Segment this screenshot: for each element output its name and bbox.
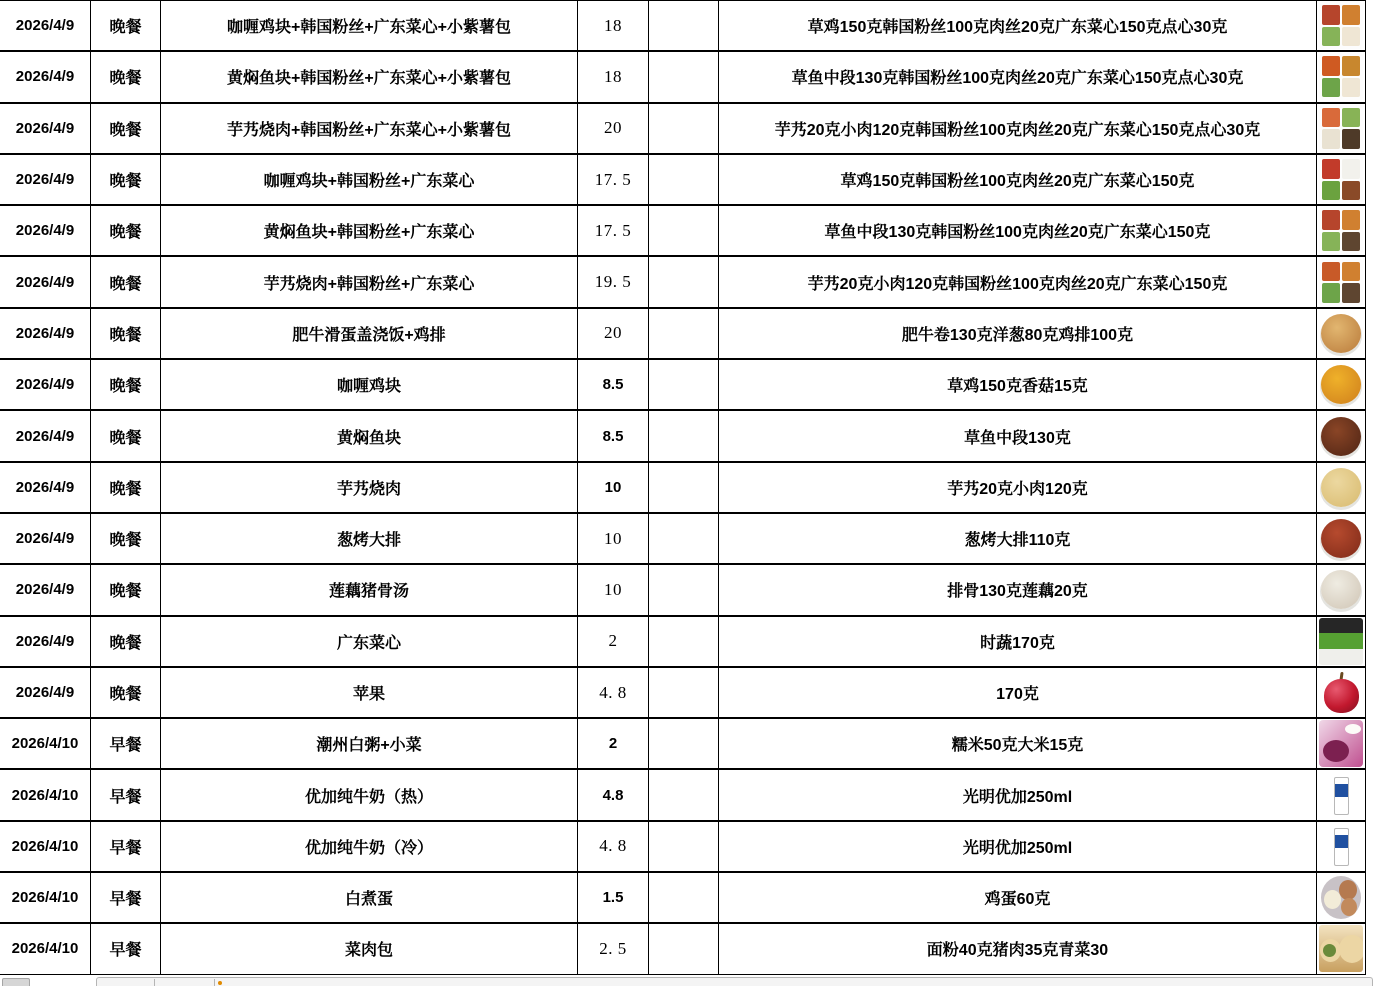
meal-text: 晚餐 (109, 168, 141, 191)
date-cell[interactable]: 2026/4/9 (0, 411, 91, 460)
menu-table: 2026/4/9 晚餐 咖喱鸡块+韩国粉丝+广东菜心+小紫薯包 18 草鸡150… (0, 0, 1366, 976)
description-text: 葱烤大排110克 (965, 527, 1071, 550)
photo-cell[interactable] (1317, 719, 1366, 768)
table-row: 2026/4/9 晚餐 苹果 4. 8 170克 (0, 668, 1366, 719)
photo-cell[interactable] (1317, 463, 1366, 512)
dish-text: 黄焖鱼块 (337, 425, 401, 448)
meal-text: 晚餐 (109, 14, 141, 37)
braised-fish-photo[interactable] (1319, 413, 1363, 460)
meal-cell[interactable]: 早餐 (91, 770, 161, 819)
description-cell[interactable]: 草鱼中段130克韩国粉丝100克肉丝20克广东菜心150克 (719, 206, 1317, 255)
photo-part (1342, 108, 1360, 128)
date-cell[interactable]: 2026/4/10 (0, 719, 91, 768)
price-text: 4. 8 (599, 836, 627, 856)
milk-carton-photo[interactable] (1319, 772, 1363, 819)
date-cell[interactable]: 2026/4/10 (0, 924, 91, 973)
description-cell[interactable]: 面粉40克猪肉35克青菜30 (719, 924, 1317, 973)
description-cell[interactable]: 芋艿20克小肉120克韩国粉丝100克肉丝20克广东菜心150克 (719, 257, 1317, 306)
meal-text: 晚餐 (109, 476, 141, 499)
description-text: 草鸡150克韩国粉丝100克肉丝20克广东菜心150克点心30克 (808, 14, 1228, 37)
price-text: 17. 5 (595, 170, 632, 190)
description-text: 草鱼中段130克韩国粉丝100克肉丝20克广东菜心150克点心30克 (792, 65, 1244, 88)
date-cell[interactable]: 2026/4/9 (0, 514, 91, 563)
dish-text: 广东菜心 (337, 630, 401, 653)
meal-cell[interactable]: 晚餐 (91, 565, 161, 614)
photo-cell[interactable] (1317, 309, 1366, 358)
photo-part (1342, 27, 1360, 47)
date-cell[interactable]: 2026/4/9 (0, 360, 91, 409)
red-tray-meal-photo[interactable] (1319, 156, 1363, 203)
photo-cell[interactable] (1317, 873, 1366, 922)
price-text: 20 (604, 323, 622, 343)
price-text: 10 (604, 580, 622, 600)
price-cell[interactable]: 20 (578, 309, 649, 358)
meal-text: 早餐 (109, 835, 141, 858)
dish-text: 黄焖鱼块+韩国粉丝+广东菜心+小紫薯包 (227, 65, 511, 88)
date-text: 2026/4/9 (16, 68, 74, 85)
photo-cell[interactable] (1317, 52, 1366, 101)
date-cell[interactable]: 2026/4/9 (0, 52, 91, 101)
photo-part (1321, 468, 1361, 507)
photo-cell[interactable] (1317, 514, 1366, 563)
table-row: 2026/4/9 晚餐 莲藕猪骨汤 10 排骨130克莲藕20克 (0, 565, 1366, 616)
date-cell[interactable]: 2026/4/10 (0, 822, 91, 871)
sheet-nav-button[interactable] (2, 978, 30, 986)
date-text: 2026/4/9 (16, 479, 74, 496)
photo-part (1322, 283, 1340, 303)
porridge-photo[interactable] (1319, 720, 1363, 767)
table-row: 2026/4/9 晚餐 黄焖鱼块+韩国粉丝+广东菜心+小紫薯包 18 草鱼中段1… (0, 52, 1366, 103)
price-cell[interactable]: 8.5 (578, 360, 649, 409)
price-cell[interactable]: 10 (578, 514, 649, 563)
photo-cell[interactable] (1317, 822, 1366, 871)
dish-text: 优加纯牛奶（冷） (305, 835, 433, 858)
photo-part (1321, 365, 1361, 404)
photo-part (1322, 210, 1340, 230)
meal-cell[interactable]: 早餐 (91, 924, 161, 973)
meal-text: 晚餐 (109, 425, 141, 448)
description-cell[interactable]: 草鸡150克香菇15克 (719, 360, 1317, 409)
description-cell[interactable]: 草鱼中段130克 (719, 411, 1317, 460)
bento-meal-photo[interactable] (1319, 53, 1363, 100)
spreadsheet-view: 2026/4/9 晚餐 咖喱鸡块+韩国粉丝+广东菜心+小紫薯包 18 草鸡150… (0, 0, 1373, 986)
bento-meal-photo[interactable] (1319, 207, 1363, 254)
empty-cell[interactable] (649, 617, 719, 666)
description-cell[interactable]: 草鱼中段130克韩国粉丝100克肉丝20克广东菜心150克点心30克 (719, 52, 1317, 101)
meal-text: 早餐 (109, 937, 141, 960)
date-cell[interactable]: 2026/4/9 (0, 565, 91, 614)
photo-part (1322, 108, 1340, 128)
photo-part (1334, 828, 1349, 866)
price-text: 18 (604, 16, 622, 36)
photo-part (1342, 181, 1360, 201)
pork-chop-photo[interactable] (1319, 515, 1363, 562)
price-text: 2 (609, 631, 618, 651)
photo-cell[interactable] (1317, 104, 1366, 153)
date-text: 2026/4/9 (16, 428, 74, 445)
meal-text: 晚餐 (109, 65, 141, 88)
date-text: 2026/4/9 (16, 684, 74, 701)
date-text: 2026/4/9 (16, 222, 74, 239)
description-cell[interactable]: 鸡蛋60克 (719, 873, 1317, 922)
meal-cell[interactable]: 晚餐 (91, 668, 161, 717)
empty-cell[interactable] (649, 873, 719, 922)
dish-cell[interactable]: 咖喱鸡块+韩国粉丝+广东菜心+小紫薯包 (161, 1, 578, 50)
meal-cell[interactable]: 晚餐 (91, 309, 161, 358)
date-cell[interactable]: 2026/4/9 (0, 104, 91, 153)
date-cell[interactable]: 2026/4/10 (0, 873, 91, 922)
photo-cell[interactable] (1317, 668, 1366, 717)
empty-cell[interactable] (649, 155, 719, 204)
meal-cell[interactable]: 晚餐 (91, 257, 161, 306)
photo-part (1322, 159, 1340, 179)
date-cell[interactable]: 2026/4/9 (0, 309, 91, 358)
photo-part (1321, 519, 1361, 558)
dish-text: 芋艿烧肉+韩国粉丝+广东菜心 (264, 271, 475, 294)
dish-cell[interactable]: 潮州白粥+小菜 (161, 719, 578, 768)
empty-cell[interactable] (649, 360, 719, 409)
dish-text: 咖喱鸡块+韩国粉丝+广东菜心 (264, 168, 475, 191)
table-row: 2026/4/10 早餐 菜肉包 2. 5 面粉40克猪肉35克青菜30 (0, 924, 1366, 975)
date-text: 2026/4/9 (16, 325, 74, 342)
dish-cell[interactable]: 葱烤大排 (161, 514, 578, 563)
photo-cell[interactable] (1317, 257, 1366, 306)
meal-text: 晚餐 (109, 117, 141, 140)
photo-part (1342, 210, 1360, 230)
photo-part (1322, 56, 1340, 76)
photo-part (1339, 935, 1363, 963)
empty-cell[interactable] (649, 565, 719, 614)
dish-cell[interactable]: 芋艿烧肉+韩国粉丝+广东菜心+小紫薯包 (161, 104, 578, 153)
description-cell[interactable]: 糯米50克大米15克 (719, 719, 1317, 768)
photo-part (1322, 129, 1340, 149)
price-cell[interactable]: 17. 5 (578, 206, 649, 255)
empty-cell[interactable] (649, 52, 719, 101)
table-row: 2026/4/9 晚餐 黄焖鱼块 8.5 草鱼中段130克 (0, 411, 1366, 462)
table-row: 2026/4/9 晚餐 葱烤大排 10 葱烤大排110克 (0, 514, 1366, 565)
dish-cell[interactable]: 菜肉包 (161, 924, 578, 973)
meal-text: 早餐 (109, 886, 141, 909)
lotus-soup-photo[interactable] (1319, 566, 1363, 613)
photo-part (1321, 314, 1361, 353)
photo-part (1342, 78, 1360, 98)
photo-cell[interactable] (1317, 617, 1366, 666)
table-row: 2026/4/9 晚餐 黄焖鱼块+韩国粉丝+广东菜心 17. 5 草鱼中段130… (0, 206, 1366, 257)
empty-cell[interactable] (649, 463, 719, 512)
date-text: 2026/4/9 (16, 530, 74, 547)
meal-cell[interactable]: 早餐 (91, 719, 161, 768)
description-text: 170克 (996, 681, 1039, 704)
empty-cell[interactable] (649, 104, 719, 153)
price-text: 20 (604, 118, 622, 138)
dish-text: 芋艿烧肉 (337, 476, 401, 499)
price-text: 18 (604, 67, 622, 87)
dish-cell[interactable]: 黄焖鱼块+韩国粉丝+广东菜心+小紫薯包 (161, 52, 578, 101)
photo-part (1335, 835, 1348, 848)
price-text: 8.5 (603, 428, 624, 445)
table-row: 2026/4/10 早餐 优加纯牛奶（冷） 4. 8 光明优加250ml (0, 822, 1366, 873)
bento-meal-photo[interactable] (1319, 105, 1363, 152)
price-text: 4.8 (603, 787, 624, 804)
dish-cell[interactable]: 咖喱鸡块 (161, 360, 578, 409)
empty-cell[interactable] (649, 719, 719, 768)
dish-text: 白煮蛋 (345, 886, 393, 909)
photo-cell[interactable] (1317, 565, 1366, 614)
photo-part (1323, 740, 1349, 762)
price-cell[interactable]: 18 (578, 52, 649, 101)
description-text: 草鸡150克韩国粉丝100克肉丝20克广东菜心150克 (841, 168, 1195, 191)
price-cell[interactable]: 4. 8 (578, 822, 649, 871)
meal-text: 晚餐 (109, 373, 141, 396)
empty-cell[interactable] (649, 411, 719, 460)
price-text: 19. 5 (595, 272, 632, 292)
sheet-tab-divider (154, 979, 155, 986)
date-cell[interactable]: 2026/4/9 (0, 463, 91, 512)
price-cell[interactable]: 2. 5 (578, 924, 649, 973)
dish-cell[interactable]: 莲藕猪骨汤 (161, 565, 578, 614)
price-cell[interactable]: 17. 5 (578, 155, 649, 204)
photo-part (1342, 283, 1360, 303)
dish-text: 菜肉包 (345, 937, 393, 960)
photo-part (1342, 159, 1360, 179)
photo-part (1322, 78, 1340, 98)
meal-text: 早餐 (109, 732, 141, 755)
bento-meal-photo[interactable] (1319, 2, 1363, 49)
meal-cell[interactable]: 晚餐 (91, 411, 161, 460)
meal-text: 晚餐 (109, 578, 141, 601)
description-text: 糯米50克大米15克 (952, 732, 1084, 755)
dish-cell[interactable]: 芋艿烧肉+韩国粉丝+广东菜心 (161, 257, 578, 306)
date-text: 2026/4/9 (16, 376, 74, 393)
meal-text: 晚餐 (109, 322, 141, 345)
dish-text: 肥牛滑蛋盖浇饭+鸡排 (292, 322, 445, 345)
description-text: 时蔬170克 (980, 630, 1055, 653)
photo-part (1322, 27, 1340, 47)
price-cell[interactable]: 4.8 (578, 770, 649, 819)
photo-part (1324, 679, 1359, 713)
description-cell[interactable]: 光明优加250ml (719, 770, 1317, 819)
date-text: 2026/4/10 (12, 889, 79, 906)
date-text: 2026/4/9 (16, 633, 74, 650)
sheet-tabs[interactable] (96, 977, 1373, 986)
dish-cell[interactable]: 肥牛滑蛋盖浇饭+鸡排 (161, 309, 578, 358)
description-cell[interactable]: 肥牛卷130克洋葱80克鸡排100克 (719, 309, 1317, 358)
description-text: 草鱼中段130克韩国粉丝100克肉丝20克广东菜心150克 (825, 219, 1211, 242)
date-text: 2026/4/9 (16, 120, 74, 137)
meal-cell[interactable]: 晚餐 (91, 617, 161, 666)
table-row: 2026/4/10 早餐 白煮蛋 1.5 鸡蛋60克 (0, 873, 1366, 924)
meal-cell[interactable]: 晚餐 (91, 104, 161, 153)
photo-part (1342, 56, 1360, 76)
table-row: 2026/4/9 晚餐 芋艿烧肉+韩国粉丝+广东菜心 19. 5 芋艿20克小肉… (0, 257, 1366, 308)
boiled-eggs-photo[interactable] (1319, 874, 1363, 921)
apple-photo[interactable] (1319, 669, 1363, 716)
description-cell[interactable]: 芋艿20克小肉120克韩国粉丝100克肉丝20克广东菜心150克点心30克 (719, 104, 1317, 153)
meal-cell[interactable]: 晚餐 (91, 206, 161, 255)
photo-cell[interactable] (1317, 411, 1366, 460)
empty-cell[interactable] (649, 924, 719, 973)
description-cell[interactable]: 草鸡150克韩国粉丝100克肉丝20克广东菜心150克 (719, 155, 1317, 204)
price-cell[interactable]: 19. 5 (578, 257, 649, 306)
photo-part (1342, 232, 1360, 252)
dish-text: 莲藕猪骨汤 (329, 578, 409, 601)
table-row: 2026/4/9 晚餐 咖喱鸡块+韩国粉丝+广东菜心+小紫薯包 18 草鸡150… (0, 1, 1366, 52)
dish-text: 咖喱鸡块+韩国粉丝+广东菜心+小紫薯包 (227, 14, 511, 37)
date-cell[interactable]: 2026/4/9 (0, 257, 91, 306)
meal-text: 早餐 (109, 784, 141, 807)
sheet-tab-divider (214, 979, 215, 986)
description-cell[interactable]: 葱烤大排110克 (719, 514, 1317, 563)
dish-text: 潮州白粥+小菜 (316, 732, 421, 755)
dish-cell[interactable]: 广东菜心 (161, 617, 578, 666)
empty-cell[interactable] (649, 1, 719, 50)
description-cell[interactable]: 草鸡150克韩国粉丝100克肉丝20克广东菜心150克点心30克 (719, 1, 1317, 50)
empty-cell[interactable] (649, 206, 719, 255)
meal-cell[interactable]: 晚餐 (91, 52, 161, 101)
description-text: 光明优加250ml (963, 784, 1072, 807)
date-cell[interactable]: 2026/4/9 (0, 155, 91, 204)
photo-part (1322, 232, 1340, 252)
meal-cell[interactable]: 早餐 (91, 873, 161, 922)
description-text: 草鱼中段130克 (964, 425, 1071, 448)
empty-cell[interactable] (649, 257, 719, 306)
dish-cell[interactable]: 白煮蛋 (161, 873, 578, 922)
description-cell[interactable]: 光明优加250ml (719, 822, 1317, 871)
photo-cell[interactable] (1317, 360, 1366, 409)
price-text: 2. 5 (599, 939, 627, 959)
empty-cell[interactable] (649, 822, 719, 871)
empty-cell[interactable] (649, 309, 719, 358)
date-text: 2026/4/9 (16, 581, 74, 598)
dish-text: 优加纯牛奶（热） (305, 784, 433, 807)
description-cell[interactable]: 芋艿20克小肉120克 (719, 463, 1317, 512)
dish-text: 黄焖鱼块+韩国粉丝+广东菜心 (264, 219, 475, 242)
meal-cell[interactable]: 晚餐 (91, 463, 161, 512)
date-text: 2026/4/9 (16, 274, 74, 291)
photo-part (1321, 417, 1361, 456)
date-cell[interactable]: 2026/4/9 (0, 1, 91, 50)
meal-text: 晚餐 (109, 219, 141, 242)
tab-marker-dot (218, 981, 222, 985)
photo-part (1322, 5, 1340, 25)
dish-cell[interactable]: 优加纯牛奶（热） (161, 770, 578, 819)
empty-cell[interactable] (649, 668, 719, 717)
table-row: 2026/4/9 晚餐 芋艿烧肉+韩国粉丝+广东菜心+小紫薯包 20 芋艿20克… (0, 104, 1366, 155)
beef-rice-photo[interactable] (1319, 310, 1363, 357)
table-row: 2026/4/9 晚餐 咖喱鸡块 8.5 草鸡150克香菇15克 (0, 360, 1366, 411)
price-cell[interactable]: 2 (578, 719, 649, 768)
steamed-bun-photo[interactable] (1319, 925, 1363, 972)
taro-pork-photo[interactable] (1319, 464, 1363, 511)
photo-part (1322, 181, 1340, 201)
milk-carton-photo[interactable] (1319, 823, 1363, 870)
meal-cell[interactable]: 晚餐 (91, 360, 161, 409)
description-text: 鸡蛋60克 (985, 886, 1051, 909)
dish-cell[interactable]: 芋艿烧肉 (161, 463, 578, 512)
price-text: 1.5 (603, 889, 624, 906)
price-cell[interactable]: 8.5 (578, 411, 649, 460)
dish-cell[interactable]: 黄焖鱼块+韩国粉丝+广东菜心 (161, 206, 578, 255)
photo-part (1342, 129, 1360, 149)
sheet-tab-bar (0, 975, 1373, 986)
date-text: 2026/4/9 (16, 17, 74, 34)
dish-text: 苹果 (353, 681, 385, 704)
description-text: 芋艿20克小肉120克韩国粉丝100克肉丝20克广东菜心150克 (808, 271, 1228, 294)
meal-cell[interactable]: 晚餐 (91, 1, 161, 50)
photo-part (1342, 5, 1360, 25)
dish-text: 芋艿烧肉+韩国粉丝+广东菜心+小紫薯包 (227, 117, 511, 140)
table-row: 2026/4/9 晚餐 咖喱鸡块+韩国粉丝+广东菜心 17. 5 草鸡150克韩… (0, 155, 1366, 206)
price-cell[interactable]: 18 (578, 1, 649, 50)
description-cell[interactable]: 时蔬170克 (719, 617, 1317, 666)
photo-part (1334, 777, 1349, 815)
description-cell[interactable]: 排骨130克莲藕20克 (719, 565, 1317, 614)
description-text: 芋艿20克小肉120克 (947, 476, 1088, 499)
table-row: 2026/4/9 晚餐 肥牛滑蛋盖浇饭+鸡排 20 肥牛卷130克洋葱80克鸡排… (0, 309, 1366, 360)
date-text: 2026/4/10 (12, 838, 79, 855)
meal-text: 晚餐 (109, 527, 141, 550)
photo-cell[interactable] (1317, 770, 1366, 819)
table-row: 2026/4/9 晚餐 广东菜心 2 时蔬170克 (0, 617, 1366, 668)
meal-cell[interactable]: 早餐 (91, 822, 161, 871)
description-text: 草鸡150克香菇15克 (947, 373, 1088, 396)
description-cell[interactable]: 170克 (719, 668, 1317, 717)
date-cell[interactable]: 2026/4/9 (0, 668, 91, 717)
dish-cell[interactable]: 黄焖鱼块 (161, 411, 578, 460)
dish-cell[interactable]: 苹果 (161, 668, 578, 717)
price-cell[interactable]: 10 (578, 463, 649, 512)
photo-part (1345, 724, 1361, 734)
greens-photo[interactable] (1319, 618, 1363, 665)
table-row: 2026/4/10 早餐 优加纯牛奶（热） 4.8 光明优加250ml (0, 770, 1366, 821)
meal-cell[interactable]: 晚餐 (91, 514, 161, 563)
empty-cell[interactable] (649, 514, 719, 563)
meal-cell[interactable]: 晚餐 (91, 155, 161, 204)
dish-cell[interactable]: 优加纯牛奶（冷） (161, 822, 578, 871)
empty-cell[interactable] (649, 770, 719, 819)
date-text: 2026/4/10 (12, 940, 79, 957)
description-text: 芋艿20克小肉120克韩国粉丝100克肉丝20克广东菜心150克点心30克 (775, 117, 1260, 140)
price-cell[interactable]: 10 (578, 565, 649, 614)
dish-cell[interactable]: 咖喱鸡块+韩国粉丝+广东菜心 (161, 155, 578, 204)
photo-part (1322, 262, 1340, 282)
photo-part (1321, 570, 1361, 609)
bento-meal-photo[interactable] (1319, 259, 1363, 306)
description-text: 排骨130克莲藕20克 (947, 578, 1088, 601)
date-text: 2026/4/10 (12, 787, 79, 804)
price-text: 4. 8 (599, 683, 627, 703)
photo-cell[interactable] (1317, 155, 1366, 204)
photo-cell[interactable] (1317, 206, 1366, 255)
photo-part (1341, 898, 1357, 916)
price-cell[interactable]: 1.5 (578, 873, 649, 922)
photo-cell[interactable] (1317, 1, 1366, 50)
dish-text: 咖喱鸡块 (337, 373, 401, 396)
photo-part (1335, 784, 1348, 797)
date-cell[interactable]: 2026/4/9 (0, 206, 91, 255)
price-cell[interactable]: 20 (578, 104, 649, 153)
date-cell[interactable]: 2026/4/10 (0, 770, 91, 819)
meal-text: 晚餐 (109, 681, 141, 704)
photo-part (1342, 262, 1360, 282)
table-row: 2026/4/10 早餐 潮州白粥+小菜 2 糯米50克大米15克 (0, 719, 1366, 770)
date-cell[interactable]: 2026/4/9 (0, 617, 91, 666)
price-cell[interactable]: 2 (578, 617, 649, 666)
description-text: 光明优加250ml (963, 835, 1072, 858)
price-cell[interactable]: 4. 8 (578, 668, 649, 717)
photo-cell[interactable] (1317, 924, 1366, 973)
curry-chicken-photo[interactable] (1319, 361, 1363, 408)
